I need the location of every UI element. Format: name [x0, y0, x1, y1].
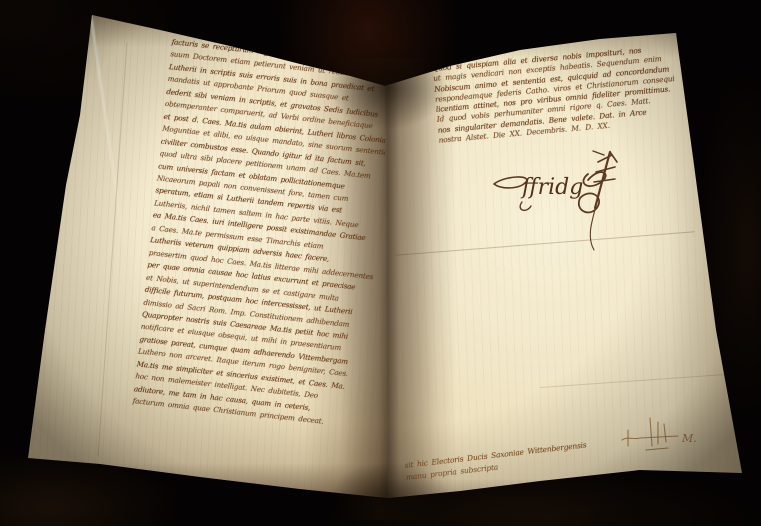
signature-flourish: ffridg: [492, 146, 652, 256]
archival-mark-text: M.: [681, 432, 697, 445]
photograph-of-manuscript: facturis se recepturum regedia et ration…: [0, 0, 761, 526]
signature-text: ffridg: [520, 175, 583, 200]
fold-top-shadow: [328, 46, 446, 130]
fold-bottom-shadow: [330, 462, 450, 526]
paper-crease: [540, 373, 740, 388]
archival-mark: M.: [620, 410, 720, 460]
